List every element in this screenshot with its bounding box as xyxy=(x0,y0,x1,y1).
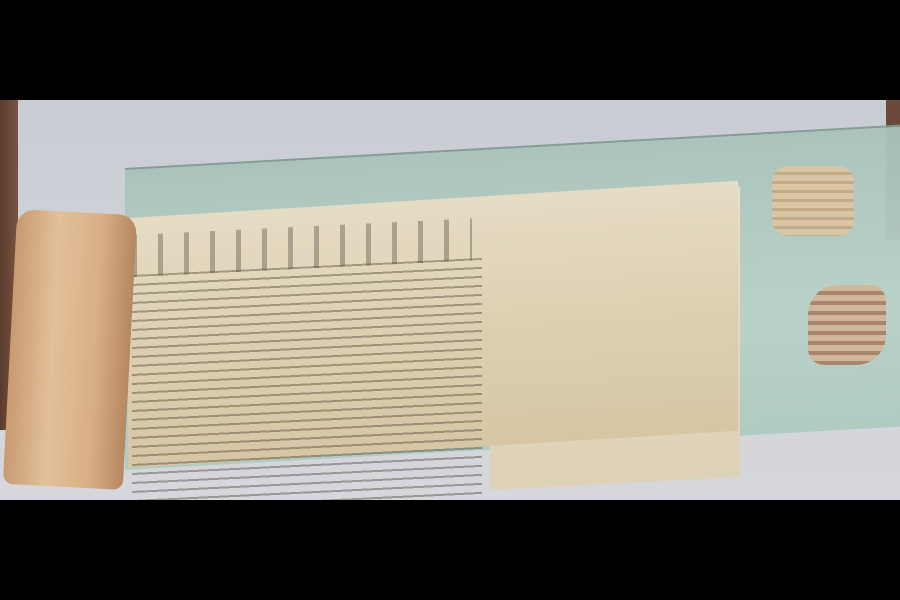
papyrus-bundle-lower xyxy=(808,285,886,365)
hieratic-text xyxy=(132,258,482,500)
papyrus-bundle-upper xyxy=(772,166,854,236)
photograph xyxy=(0,100,900,500)
rolled-papyrus-left xyxy=(3,209,137,490)
